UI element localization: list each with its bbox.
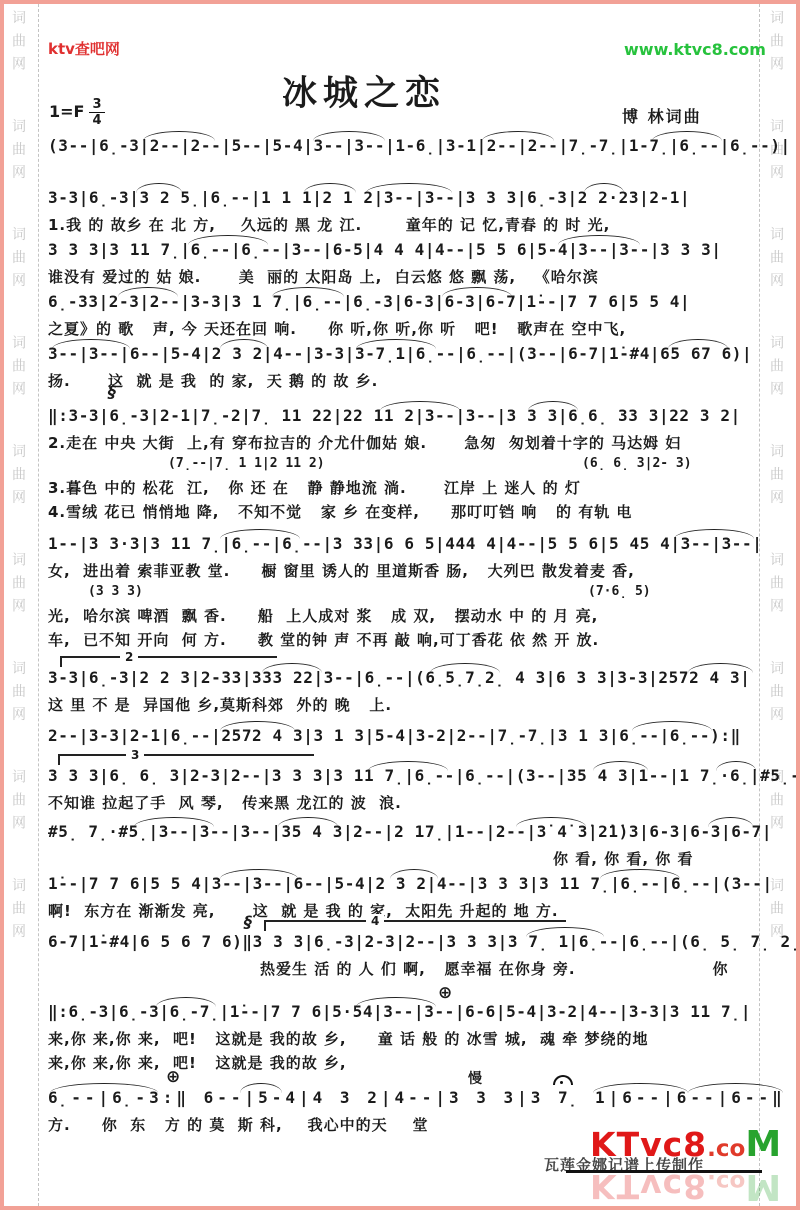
slur-arc: [674, 529, 754, 539]
slur-arc: [136, 183, 182, 193]
system-1: (3--|6̣-3|2--|2--|5--|5-4|3--|3--|1-6̣|3…: [48, 136, 764, 162]
system-13: § 4 6-7|1̇-#4|6 5 6 7 6)‖3 3 3|6̣-3|2-3|…: [48, 932, 764, 982]
logo-text-end: M: [745, 1124, 781, 1165]
system-14: ⊕ ‖:6̣-3|6̣-3|6̣-7̣|1̇--|7 7 6|5·54|3--|…: [48, 1002, 764, 1076]
logo-text-main: KTvc8: [590, 1125, 707, 1164]
slur-arc: [156, 997, 216, 1007]
lyric-line: 3.暮色 中的 松花 江, 你 还 在 静 静地流 淌. 江岸 上 迷人 的 灯: [48, 477, 764, 501]
notation-line-8: 3-3|6̣-3|2 2 3|2-33|333 22|3--|6̣--|(6̣5…: [48, 668, 764, 694]
coda-icon: ⊕: [438, 983, 452, 1003]
volta-4-label: 4: [366, 914, 384, 928]
system-4: 6̣-33|2-3|2--|3-3|3 1 7̣|6̣--|6̣-3|6-3|6…: [48, 292, 764, 342]
alt-notation: (7·6̣ 5): [588, 584, 651, 599]
slur-arc: [313, 131, 385, 141]
ktvc8-logo-reflection: KTvc8.coM: [590, 1166, 781, 1207]
slur-arc: [380, 401, 460, 411]
lyric-line: 1.我 的 故乡 在 北 方, 久远的 黑 龙 江. 童年的 记 忆,青春 的 …: [48, 214, 764, 238]
lyric-line: 这 里 不 是 异国他 乡,莫斯科郊 外的 晚 上.: [48, 694, 764, 718]
lyric-line: 扬. 这 就 是 我 的 家, 天 鹅 的 故 乡.: [48, 370, 764, 394]
key-signature: 1=F34: [49, 98, 105, 127]
system-2: 3-3|6̣-3|3 2 5̣|6̣--|1 1 1|2 1 2|3--|3--…: [48, 188, 764, 238]
slur-arc: [368, 761, 448, 771]
notation-line-13: 6-7|1̇-#4|6 5 6 7 6)‖3 3 3|6̣-3|2-3|2--|…: [48, 932, 764, 958]
lyric-line: 来,你 来,你 来, 吧! 这就是 我的故 乡, 童 话 般 的 冰雪 城, 魂…: [48, 1028, 764, 1052]
lyric-line: 光, 哈尔滨 啤酒 飘 香. 船 上人成对 浆 成 双, 摆动水 中 的 月 亮…: [48, 605, 764, 629]
site-name-link[interactable]: ktv查吧网: [48, 38, 120, 59]
left-divider: [38, 4, 39, 1206]
volta-bracket-4: 4: [264, 920, 566, 931]
slur-arc: [366, 183, 452, 193]
lyric-line: 2.走在 中央 大街 上,有 穿布拉吉的 介尤什伽姑 娘. 急匆 匆划着十字的 …: [48, 432, 764, 456]
alt-notation: (3 3 3): [88, 584, 143, 599]
volta-2-label: 2: [120, 650, 138, 664]
composer-credit: 博 林词曲: [622, 104, 702, 127]
tempo-marking: 慢: [468, 1068, 482, 1088]
slur-arc: [516, 817, 586, 827]
time-signature: 34: [89, 98, 104, 127]
system-3: 3 3 3|3 11 7̣|6̣--|6̣--|3--|6-5|4 4 4|4-…: [48, 240, 764, 290]
slur-arc: [688, 663, 753, 673]
sheet-music-page: 词曲网 词曲网 词曲网 词曲网 词曲网 词曲网 词曲网 词曲网 词曲网 词曲网 …: [0, 0, 800, 1210]
fermata-icon: [553, 1075, 573, 1085]
slur-arc: [632, 721, 712, 731]
coda-icon: ⊕: [166, 1067, 180, 1087]
volta-bracket-2: 2: [60, 656, 277, 667]
system-10: 3 3 3 3|6̣ 6̣ 3|2-3|2--|3 3 3|3 11 7̣|6̣…: [48, 766, 764, 816]
lyric-line: 你 看, 你 看, 你 看: [48, 848, 764, 872]
segno-icon: §: [108, 382, 116, 401]
slur-arc: [430, 663, 500, 673]
volta-bracket-3: 3: [58, 754, 314, 765]
slur-arc: [593, 1083, 688, 1093]
segno-icon: §: [244, 912, 252, 931]
slur-arc: [482, 131, 554, 141]
system-6: § ‖:3-3|6̣-3|2-1|7̣-2|7̣ 11 22|22 11 2|3…: [48, 406, 764, 525]
system-12: 1̇--|7 7 6|5 5 4|3--|3--|6--|5-4|2 3 2|4…: [48, 874, 764, 924]
slur-arc: [708, 817, 753, 827]
song-title: 冰城之恋: [4, 66, 724, 116]
system-8: 2 3-3|6̣-3|2 2 3|2-33|333 22|3--|6̣--|(6…: [48, 668, 764, 718]
slur-arc: [220, 529, 300, 539]
alt-notation: (7̣--|7̣ 1 1|2 11 2): [168, 456, 325, 471]
slur-arc: [278, 817, 338, 827]
lyric-line: 女, 进出着 索菲亚教 堂. 橱 窗里 诱人的 里道斯香 肠, 大列巴 散发着麦…: [48, 560, 764, 584]
logo-text-mid: .co: [707, 1136, 745, 1162]
volta-3-label: 3: [126, 748, 144, 762]
slur-arc: [528, 401, 578, 411]
slur-arc: [593, 761, 648, 771]
ktvc8-logo[interactable]: KTvc8.coM: [590, 1124, 781, 1165]
slur-arc: [50, 1083, 158, 1093]
slur-arc: [716, 761, 756, 771]
slur-arc: [356, 997, 436, 1007]
slur-arc: [220, 721, 295, 731]
lyric-line: 不知谁 拉起了手 风 琴, 传来黑 龙江的 波 浪.: [48, 792, 764, 816]
lyric-line: 4.雪绒 花已 悄悄地 降, 不知不觉 家 乡 在变样, 那叮叮铛 响 的 有轨…: [48, 501, 764, 525]
watermark-left: 词曲网 词曲网 词曲网 词曲网 词曲网 词曲网 词曲网 词曲网 词曲网: [8, 10, 34, 1200]
slur-arc: [584, 183, 624, 193]
site-url-link[interactable]: www.ktvc8.com: [624, 40, 766, 59]
slur-arc: [143, 131, 215, 141]
slur-arc: [134, 817, 214, 827]
lyric-line: 来,你 来,你 来, 吧! 这就是 我的故 乡,: [48, 1052, 764, 1076]
notation-line-7: 1--|3 3·3|3 11 7̣|6̣--|6̣--|3 33|6 6 5|4…: [48, 534, 764, 560]
watermark-right: 词曲网 词曲网 词曲网 词曲网 词曲网 词曲网 词曲网 词曲网 词曲网: [766, 10, 792, 1200]
alt-notation: (6̣ 6̣ 3|2- 3): [582, 456, 692, 471]
system-5: 3--|3--|6--|5-4|2 3 2|4--|3-3|3-7̣1|6̣--…: [48, 344, 764, 394]
system-7: 1--|3 3·3|3 11 7̣|6̣--|6̣--|3 33|6 6 5|4…: [48, 534, 764, 653]
key-label: 1=F: [49, 102, 84, 121]
system-11: #5̣ 7̣·#5̣|3--|3--|3--|35 4 3|2--|2 17̣|…: [48, 822, 764, 872]
lyric-line: 热爱生 活 的 人 们 啊, 愿幸福 在你身 旁. 你: [48, 958, 764, 982]
alternate-notation-row: (3 3 3) (7·6̣ 5): [48, 584, 764, 605]
slur-arc: [304, 183, 356, 193]
alternate-notation-row: (7̣--|7̣ 1 1|2 11 2) (6̣ 6̣ 3|2- 3): [48, 456, 764, 477]
slur-arc: [240, 1083, 282, 1093]
system-9: 2--|3-3|2-1|6̣--|2572 4 3|3 1 3|5-4|3-2|…: [48, 726, 764, 752]
notation-line-3: 3 3 3|3 11 7̣|6̣--|6̣--|3--|6-5|4 4 4|4-…: [48, 240, 764, 266]
lyric-line: 车, 已不知 开向 何 方. 教 堂的钟 声 不再 敲 响,可丁香花 依 然 开…: [48, 629, 764, 653]
slur-arc: [652, 131, 722, 141]
